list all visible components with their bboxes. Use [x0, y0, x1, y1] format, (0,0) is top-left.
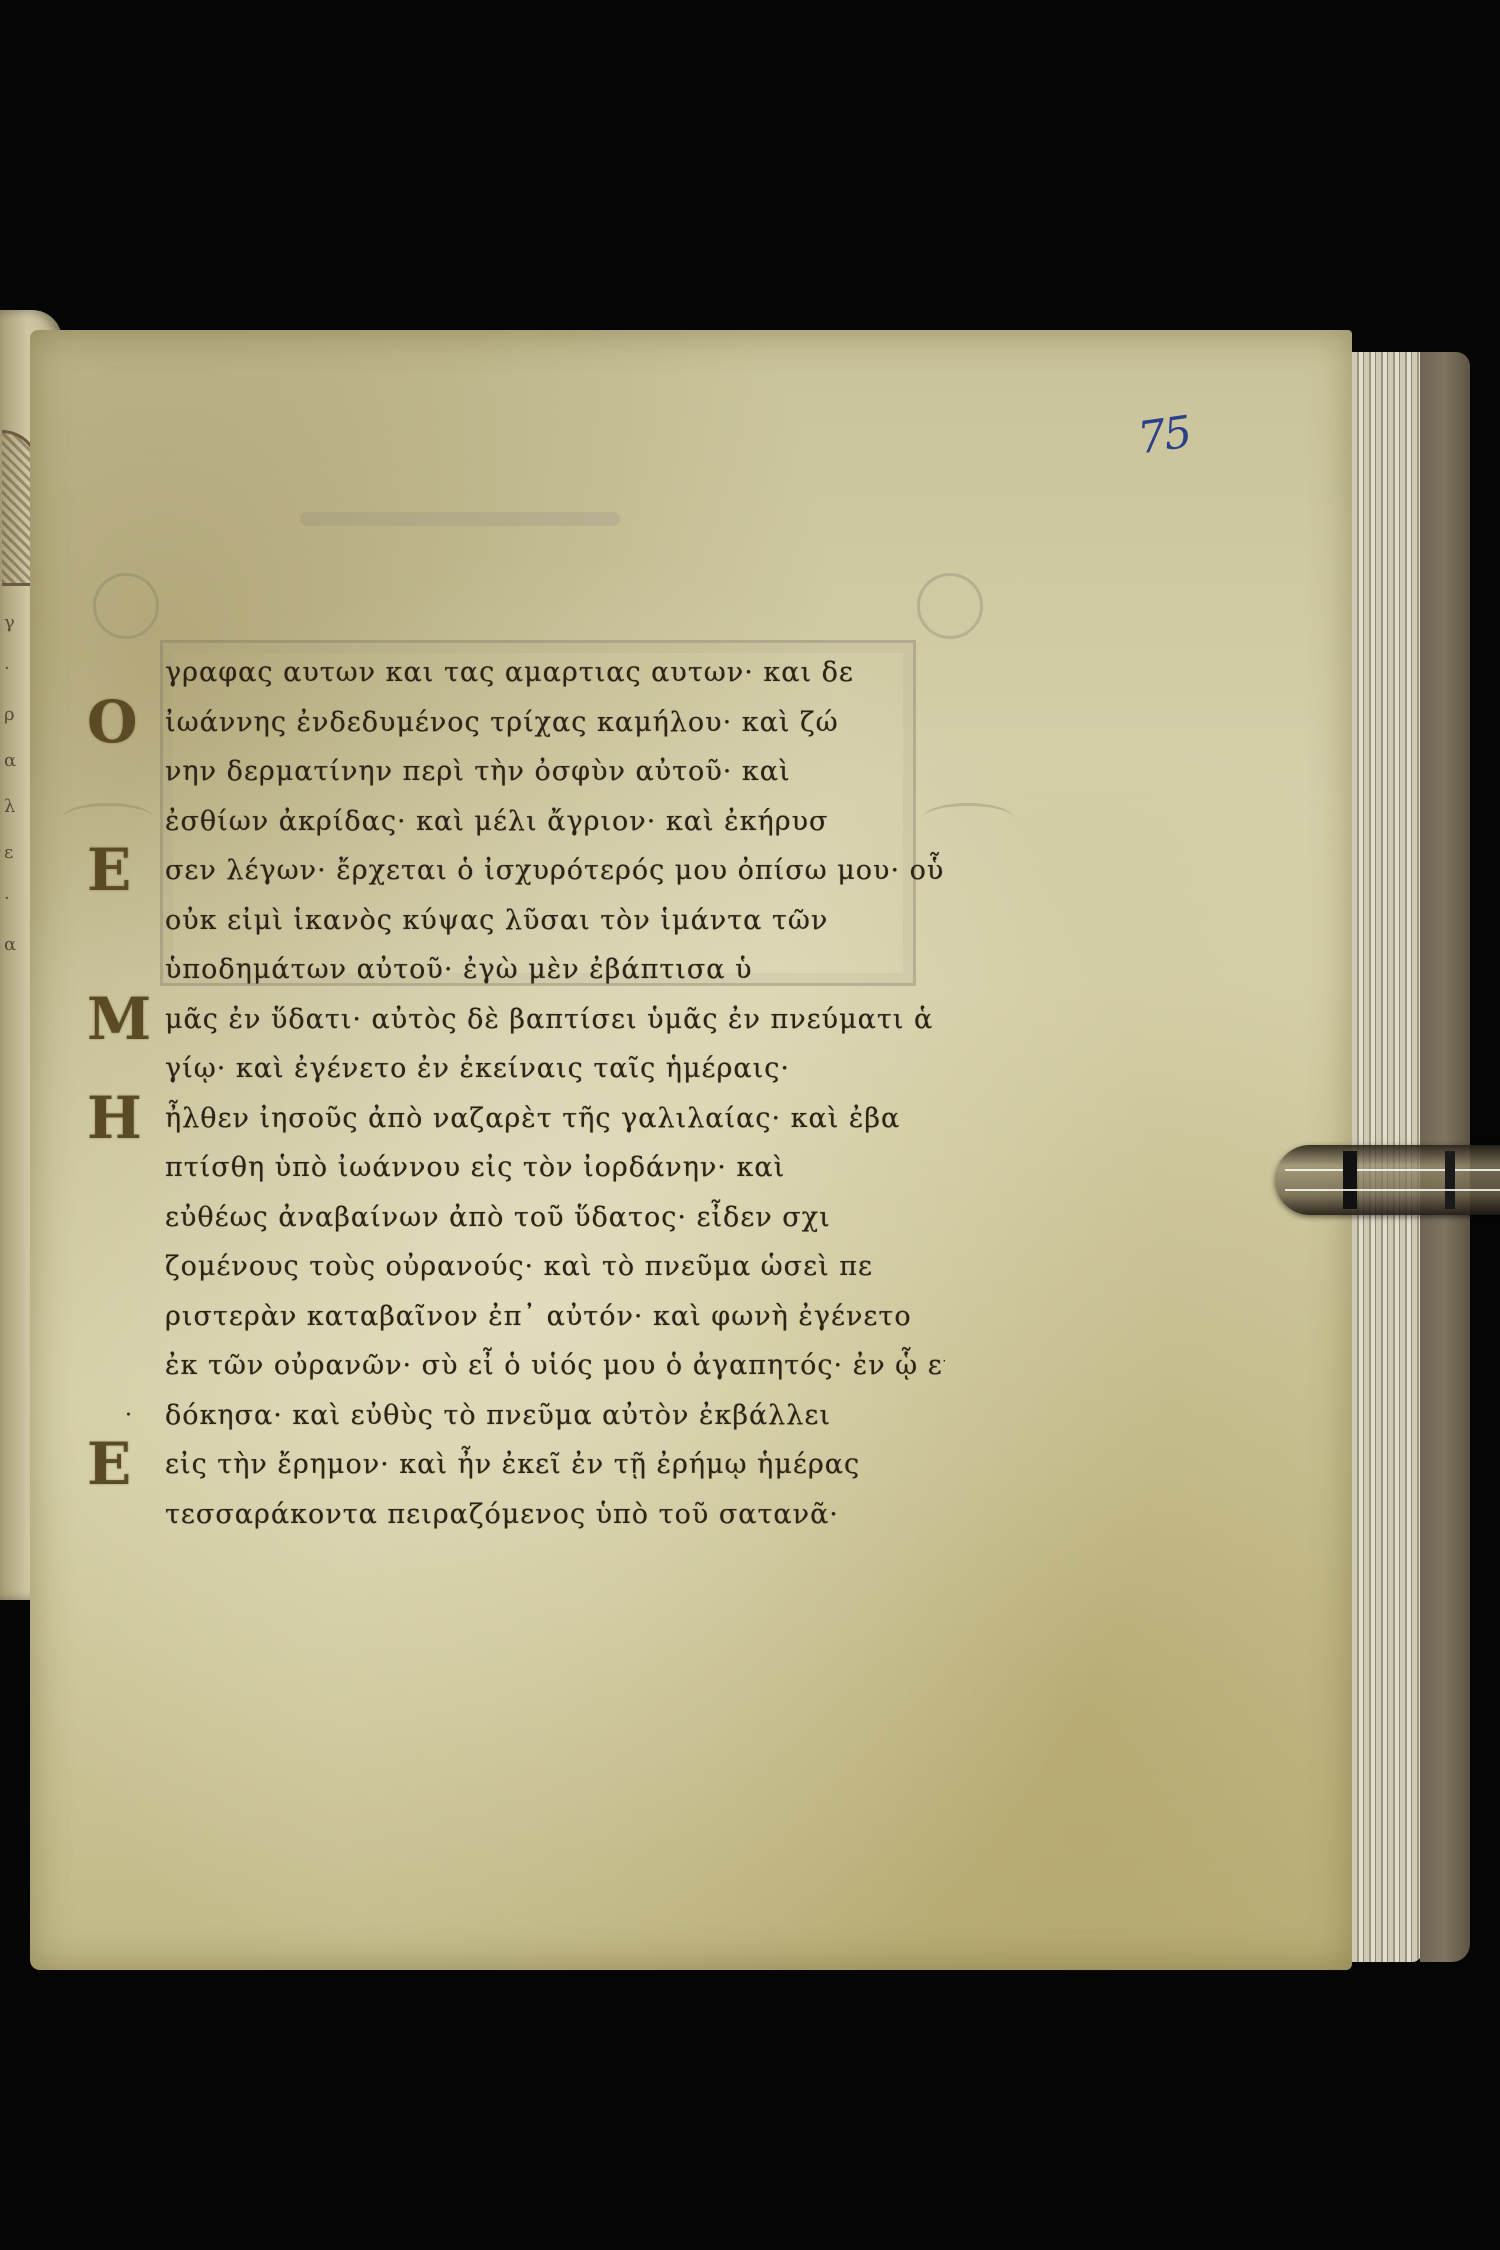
initial-letter: Ε [87, 1440, 132, 1490]
line-text: μᾶς ἐν ὕδατι· αὐτὸς δὲ βαπτίσει ὑμᾶς ἐν … [165, 1004, 933, 1035]
text-line: Εεἰς τὴν ἔρημον· καὶ ἦν ἐκεῖ ἐν τῇ ἐρήμῳ… [165, 1440, 945, 1490]
line-text: ἦλθεν ἰησοῦς ἀπὸ ναζαρὲτ τῆς γαλιλαίας· … [165, 1103, 900, 1134]
text-line: ἐκ τῶν οὐρανῶν· σὺ εἶ ὁ υἱός μου ὁ ἀγαπη… [165, 1341, 945, 1391]
line-text: οὐκ εἰμὶ ἱκανὸς κύψας λῦσαι τὸν ἱμάντα τ… [165, 905, 828, 936]
headpiece-wing-ornament [63, 803, 153, 832]
clip-band [1343, 1151, 1357, 1209]
show-through-ghost [300, 512, 620, 526]
text-line: Οἰωάννης ἐνδεδυμένος τρίχας καμήλου· καὶ… [165, 698, 945, 748]
line-text: τεσσαράκοντα πειραζόμενος ὑπὸ τοῦ σατανᾶ… [165, 1499, 839, 1530]
text-line: Μμᾶς ἐν ὕδατι· αὐτὸς δὲ βαπτίσει ὑμᾶς ἐν… [165, 995, 945, 1045]
initial-letter: Μ [87, 995, 152, 1045]
text-line: ὑποδημάτων αὐτοῦ· ἐγὼ μὲν ἐβάπτισα ὑ [165, 945, 945, 995]
line-text: ἐσθίων ἀκρίδας· καὶ μέλι ἄγριον· καὶ ἐκή… [165, 806, 828, 837]
line-text: ἐκ τῶν οὐρανῶν· σὺ εἶ ὁ υἱός μου ὁ ἀγαπη… [165, 1350, 945, 1381]
clip-band [1445, 1151, 1455, 1209]
line-text: εὐθέως ἀναβαίνων ἀπὸ τοῦ ὕδατος· εἶδεν σ… [165, 1202, 831, 1233]
text-block: γραφας αυτων και τας αμαρτιας αυτων· και… [165, 648, 945, 1539]
text-line: ἐσθίων ἀκρίδας· καὶ μέλι ἄγριον· καὶ ἐκή… [165, 797, 945, 847]
line-text: εἰς τὴν ἔρημον· καὶ ἦν ἐκεῖ ἐν τῇ ἐρήμῳ … [165, 1449, 860, 1480]
line-text: γίῳ· καὶ ἐγένετο ἐν ἐκείναις ταῖς ἡμέραι… [165, 1053, 790, 1084]
initial-letter: Ε [87, 846, 132, 896]
text-line: Ηἦλθεν ἰησοῦς ἀπὸ ναζαρὲτ τῆς γαλιλαίας·… [165, 1094, 945, 1144]
text-line: οὐκ εἰμὶ ἱκανὸς κύψας λῦσαι τὸν ἱμάντα τ… [165, 896, 945, 946]
text-line: γραφας αυτων και τας αμαρτιας αυτων· και… [165, 648, 945, 698]
line-text: ριστερὰν καταβαῖνον ἐπ᾽ αὐτόν· καὶ φωνὴ … [165, 1301, 912, 1332]
text-line: ριστερὰν καταβαῖνον ἐπ᾽ αὐτόν· καὶ φωνὴ … [165, 1292, 945, 1342]
headpiece-corner-ornament [93, 573, 159, 639]
line-text: νην δερματίνην περὶ τὴν ὀσφὺν αὐτοῦ· καὶ [165, 756, 791, 787]
folio-number: 75 [1135, 407, 1194, 465]
line-text: ἰωάννης ἐνδεδυμένος τρίχας καμήλου· καὶ … [165, 707, 839, 738]
initial-letter: Η [87, 1094, 143, 1144]
text-line: νην δερματίνην περὶ τὴν ὀσφὺν αὐτοῦ· καὶ [165, 747, 945, 797]
initial-letter: Ο [87, 698, 139, 748]
line-text: ὑποδημάτων αὐτοῦ· ἐγὼ μὲν ἐβάπτισα ὑ [165, 954, 753, 985]
line-text: πτίσθη ὑπὸ ἰωάννου εἰς τὸν ἰορδάνην· καὶ [165, 1152, 785, 1183]
text-line: γίῳ· καὶ ἐγένετο ἐν ἐκείναις ταῖς ἡμέραι… [165, 1044, 945, 1094]
text-line: πτίσθη ὑπὸ ἰωάννου εἰς τὸν ἰορδάνην· καὶ [165, 1143, 945, 1193]
line-text: ζομένους τοὺς οὐρανούς· καὶ τὸ πνεῦμα ὡσ… [165, 1251, 873, 1282]
line-text: σεν λέγων· ἔρχεται ὁ ἰσχυρότερός μου ὀπί… [165, 855, 944, 886]
line-text: γραφας αυτων και τας αμαρτιας αυτων· και… [165, 657, 854, 688]
text-line: Εσεν λέγων· ἔρχεται ὁ ἰσχυρότερός μου ὀπ… [165, 846, 945, 896]
text-line: ζομένους τοὺς οὐρανούς· καὶ τὸ πνεῦμα ὡσ… [165, 1242, 945, 1292]
headpiece-corner-ornament [917, 573, 983, 639]
text-line: τεσσαράκοντα πειραζόμενος ὑπὸ τοῦ σατανᾶ… [165, 1490, 945, 1540]
text-line: ·δόκησα· καὶ εὐθὺς τὸ πνεῦμα αὐτὸν ἐκβάλ… [165, 1391, 945, 1441]
page-clip [1275, 1145, 1500, 1215]
text-line: εὐθέως ἀναβαίνων ἀπὸ τοῦ ὕδατος· εἶδεν σ… [165, 1193, 945, 1243]
line-text: δόκησα· καὶ εὐθὺς τὸ πνεῦμα αὐτὸν ἐκβάλλ… [165, 1400, 831, 1431]
